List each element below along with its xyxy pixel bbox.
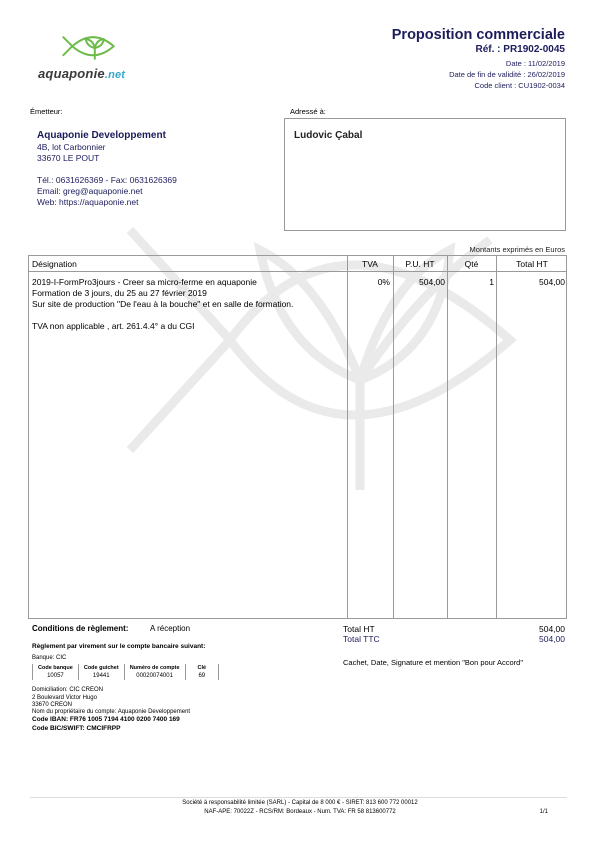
designation-line: Sur site de production "De l'eau à la bo… xyxy=(32,299,344,310)
header-tva: TVA xyxy=(347,259,393,269)
sender-email[interactable]: Email: greg@aquaponie.net xyxy=(37,186,275,197)
designation-line: TVA non applicable , art. 261.4.4° a du … xyxy=(32,321,344,332)
row-total: 504,00 xyxy=(496,277,565,288)
sender-web[interactable]: Web: https://aquaponie.net xyxy=(37,197,275,208)
sender-label: Émetteur: xyxy=(30,107,63,116)
signature-note: Cachet, Date, Signature et mention "Bon … xyxy=(343,658,523,667)
currency-note: Montants exprimés en Euros xyxy=(470,245,565,254)
row-qty: 1 xyxy=(447,277,494,288)
bank-code-header: Code banque xyxy=(33,664,79,672)
recipient-label: Adressé à: xyxy=(290,107,326,116)
designation-line: Formation de 3 jours, du 25 au 27 févrie… xyxy=(32,288,344,299)
footer-legal-1: Société à responsabilité limitée (SARL) … xyxy=(100,800,500,806)
footer-divider xyxy=(30,797,567,798)
key: 69 xyxy=(185,672,219,680)
sender-address2: 33670 LE POUT xyxy=(37,153,275,164)
logo-fish-icon xyxy=(38,30,148,66)
sender-address1: 4B, lot Carbonnier xyxy=(37,142,275,153)
total-ttc-label: Total TTC xyxy=(343,634,380,644)
sender-block: Aquaponie Developpement 4B, lot Carbonni… xyxy=(30,120,275,208)
validity-date: Date de fin de validité : 26/02/2019 xyxy=(449,69,565,80)
table-row-designation: 2019-I-FormPro3jours - Creer sa micro-fe… xyxy=(32,277,344,332)
header-total: Total HT xyxy=(496,259,568,269)
bank-code: 10057 xyxy=(33,672,79,680)
document-title: Proposition commerciale xyxy=(392,27,565,43)
client-code: Code client : CU1902-0034 xyxy=(475,80,565,91)
sender-name: Aquaponie Developpement xyxy=(37,130,275,141)
header-qty: Qté xyxy=(447,259,496,269)
account-owner: Nom du propriétaire du compte: Aquaponie… xyxy=(32,708,190,716)
col-divider xyxy=(496,256,497,618)
header-designation: Désignation xyxy=(32,259,77,269)
col-divider xyxy=(447,256,448,618)
bank-name: Banque: CIC xyxy=(32,654,66,662)
iban: Code IBAN: FR76 1005 7194 4100 0200 7400… xyxy=(32,716,180,723)
row-tva: 0% xyxy=(347,277,390,288)
designation-line: 2019-I-FormPro3jours - Creer sa micro-fe… xyxy=(32,277,344,288)
bank-details-table: Code banque Code guichet Numéro de compt… xyxy=(32,664,219,680)
logo-wordmark: aquaponie.net xyxy=(38,66,125,81)
sender-phone: Tél.: 0631626369 - Fax: 0631626369 xyxy=(37,175,275,186)
document-ref: Réf. : PR1902-0045 xyxy=(476,44,566,55)
recipient-block: Ludovic Çabal xyxy=(284,118,566,231)
bic: Code BIC/SWIFT: CMCIFRPP xyxy=(32,725,120,732)
logo-tld: .net xyxy=(105,69,125,81)
logo-name: aquaponie xyxy=(38,66,105,81)
account-number: 00020074001 xyxy=(124,672,185,680)
items-table: Désignation TVA P.U. HT Qté Total HT 201… xyxy=(28,255,567,619)
key-header: Clé xyxy=(185,664,219,672)
document-date: Date : 11/02/2019 xyxy=(506,58,565,69)
total-ttc-value: 504,00 xyxy=(539,634,565,644)
account-number-header: Numéro de compte xyxy=(124,664,185,672)
branch-code-header: Code guichet xyxy=(78,664,124,672)
domiciliation: Domiciliation: CIC CREON xyxy=(32,686,103,694)
page-number: 1/1 xyxy=(540,809,548,815)
total-ht-label: Total HT xyxy=(343,624,375,634)
row-pu: 504,00 xyxy=(393,277,445,288)
total-ht-value: 504,00 xyxy=(539,624,565,634)
col-divider xyxy=(393,256,394,618)
transfer-label: Règlement par virement sur le compte ban… xyxy=(32,643,205,650)
col-divider xyxy=(347,256,348,618)
conditions-label: Conditions de règlement: xyxy=(32,624,128,633)
footer-legal-2: NAF-APE: 70022Z - RCS/RM: Bordeaux - Num… xyxy=(100,809,500,815)
recipient-name: Ludovic Çabal xyxy=(294,130,565,141)
conditions-value: A réception xyxy=(150,624,190,633)
header-pu: P.U. HT xyxy=(393,259,447,269)
branch-code: 19441 xyxy=(78,672,124,680)
